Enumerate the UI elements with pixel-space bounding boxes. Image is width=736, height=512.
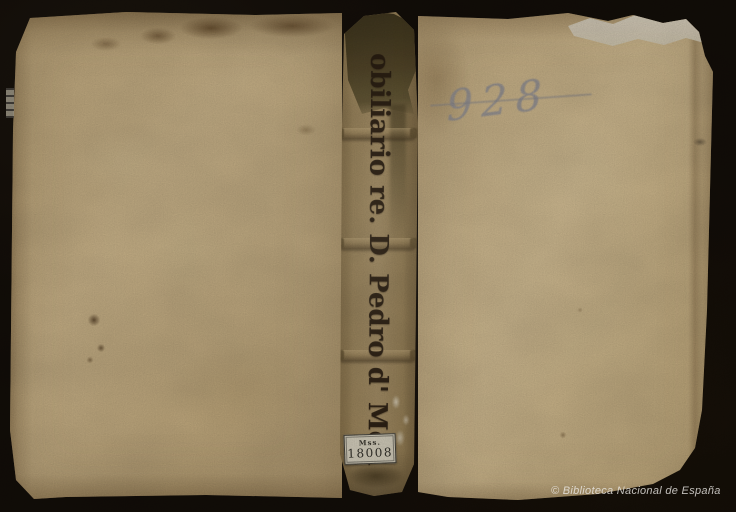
back-cover [6,10,342,500]
library-watermark: © Biblioteca Nacional de España [551,485,721,497]
shelfmark-number: 18008 [347,446,393,461]
shelfmark-label: Mss. 18008 [343,433,396,465]
sewing-tacket [410,350,417,360]
sewing-tacket [410,238,417,248]
torn-corner-damage [568,10,720,58]
spine-handwritten-title: obiliario re. D. Pedro d' Mch [358,53,399,435]
fore-edge-sliver [6,88,14,118]
sewing-tacket [410,128,417,138]
manuscript-photo: obiliario re. D. Pedro d' Mch Mss. 18008… [0,0,736,512]
spine-foot-stain [346,466,406,492]
